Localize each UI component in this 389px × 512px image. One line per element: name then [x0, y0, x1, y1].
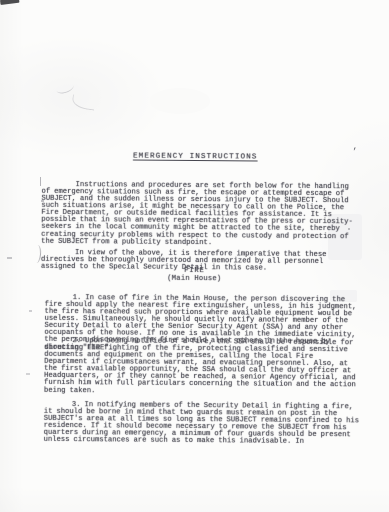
section-subheading-main-house: (Main House) [0, 273, 389, 284]
numbered-paragraph: 2. Upon being notified of a fire, the SS… [44, 338, 360, 397]
intro-paragraph: Instructions and procedures are set fort… [41, 182, 359, 248]
document-title: EMERGENCY INSTRUCTIONS [1, 151, 389, 162]
numbered-paragraph: 3. In notifying members of the Security … [44, 402, 360, 447]
scanned-document-page: EMERGENCY INSTRUCTIONS Instructions and … [0, 0, 389, 512]
